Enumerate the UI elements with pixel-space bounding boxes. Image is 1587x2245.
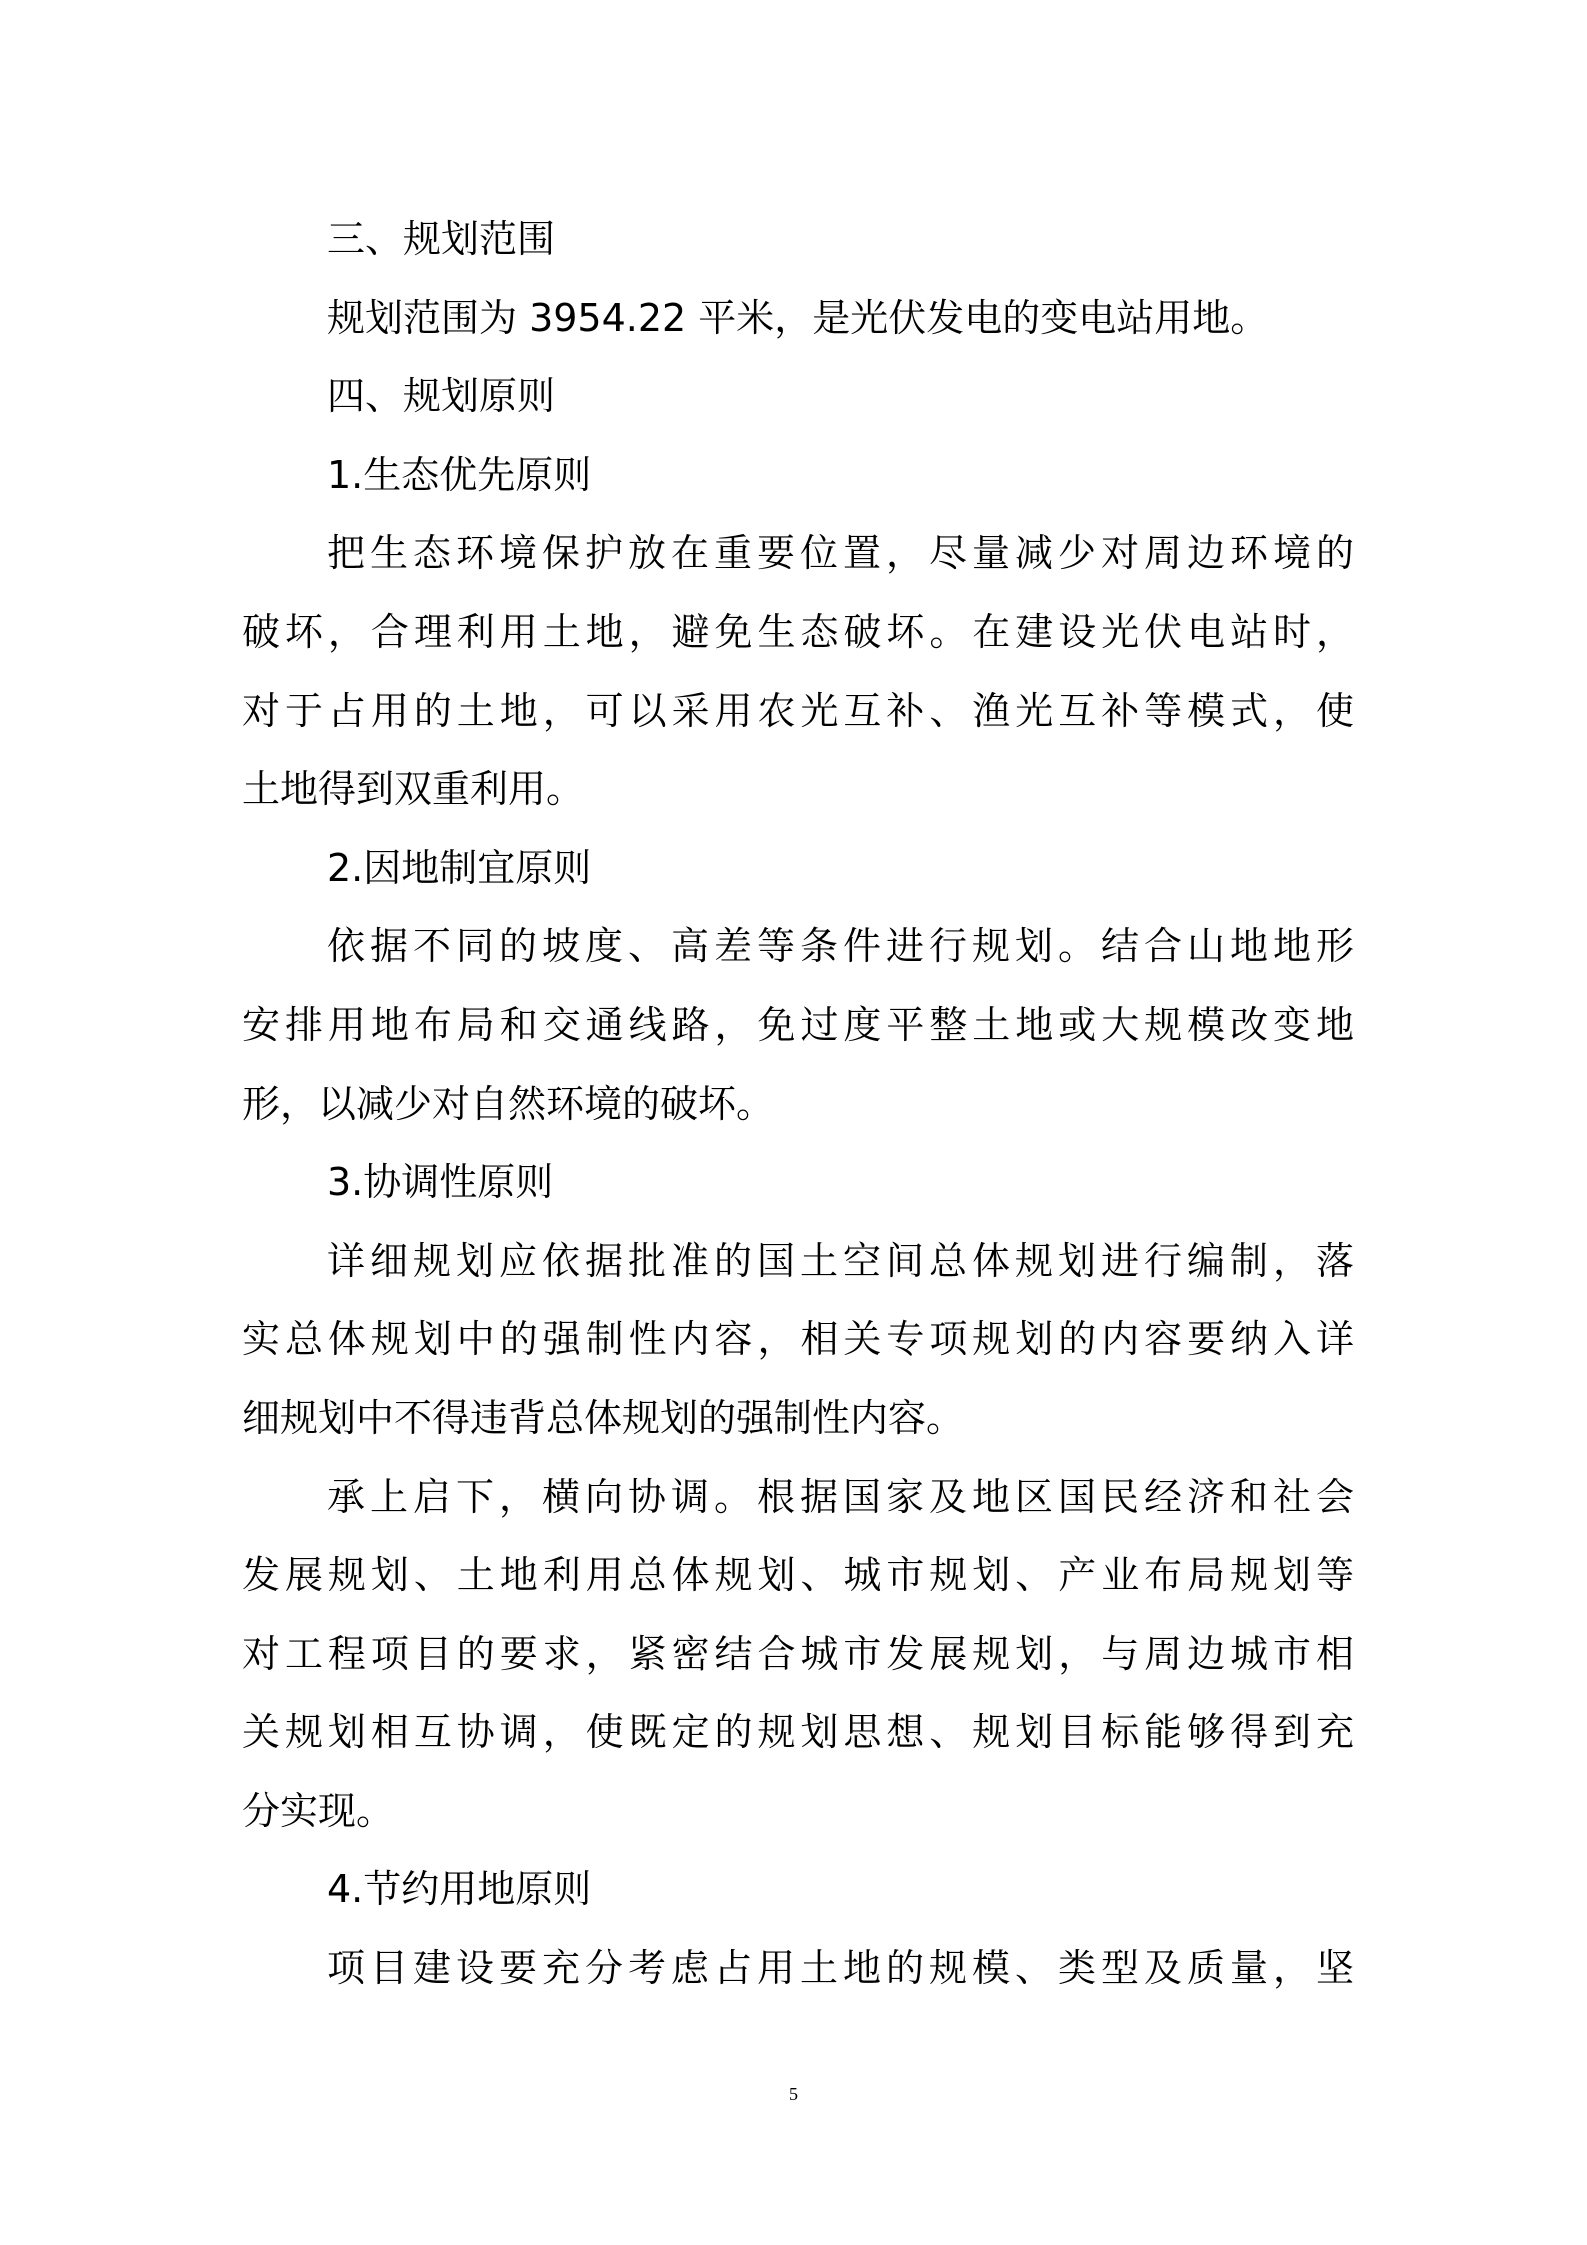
section-heading-scope: 三、规划范围 <box>242 200 1354 279</box>
paragraph-line: 对工程项目的要求，紧密结合城市发展规划，与周边城市相 <box>242 1615 1354 1694</box>
subheading-coordination: 3.协调性原则 <box>242 1143 1354 1222</box>
page-number: 5 <box>0 2084 1587 2105</box>
paragraph-line: 细规划中不得违背总体规划的强制性内容。 <box>242 1379 1354 1458</box>
section-heading-principles: 四、规划原则 <box>242 357 1354 436</box>
paragraph-line: 把生态环境保护放在重要位置，尽量减少对周边环境的 <box>242 514 1354 593</box>
paragraph-line: 破坏，合理利用土地，避免生态破坏。在建设光伏电站时， <box>242 593 1354 672</box>
document-page: 三、规划范围 规划范围为 3954.22 平米，是光伏发电的变电站用地。 四、规… <box>0 0 1587 2245</box>
paragraph-line: 对于占用的土地，可以采用农光互补、渔光互补等模式，使 <box>242 672 1354 751</box>
paragraph-line: 实总体规划中的强制性内容，相关专项规划的内容要纳入详 <box>242 1300 1354 1379</box>
paragraph-line: 发展规划、土地利用总体规划、城市规划、产业布局规划等 <box>242 1536 1354 1615</box>
paragraph-line: 关规划相互协调，使既定的规划思想、规划目标能够得到充 <box>242 1693 1354 1772</box>
subheading-land-saving: 4.节约用地原则 <box>242 1850 1354 1929</box>
subheading-ecology-first: 1.生态优先原则 <box>242 436 1354 515</box>
paragraph-line: 规划范围为 3954.22 平米，是光伏发电的变电站用地。 <box>242 279 1354 358</box>
paragraph-line: 形，以减少对自然环境的破坏。 <box>242 1065 1354 1144</box>
paragraph-line: 土地得到双重利用。 <box>242 750 1354 829</box>
subheading-local-conditions: 2.因地制宜原则 <box>242 829 1354 908</box>
paragraph-line: 依据不同的坡度、高差等条件进行规划。结合山地地形 <box>242 907 1354 986</box>
paragraph-line: 详细规划应依据批准的国土空间总体规划进行编制，落 <box>242 1222 1354 1301</box>
paragraph-line: 承上启下，横向协调。根据国家及地区国民经济和社会 <box>242 1458 1354 1537</box>
paragraph-line: 分实现。 <box>242 1772 1354 1851</box>
paragraph-line: 项目建设要充分考虑占用土地的规模、类型及质量，坚 <box>242 1929 1354 2008</box>
document-body: 三、规划范围 规划范围为 3954.22 平米，是光伏发电的变电站用地。 四、规… <box>242 200 1354 2008</box>
paragraph-line: 安排用地布局和交通线路，免过度平整土地或大规模改变地 <box>242 986 1354 1065</box>
